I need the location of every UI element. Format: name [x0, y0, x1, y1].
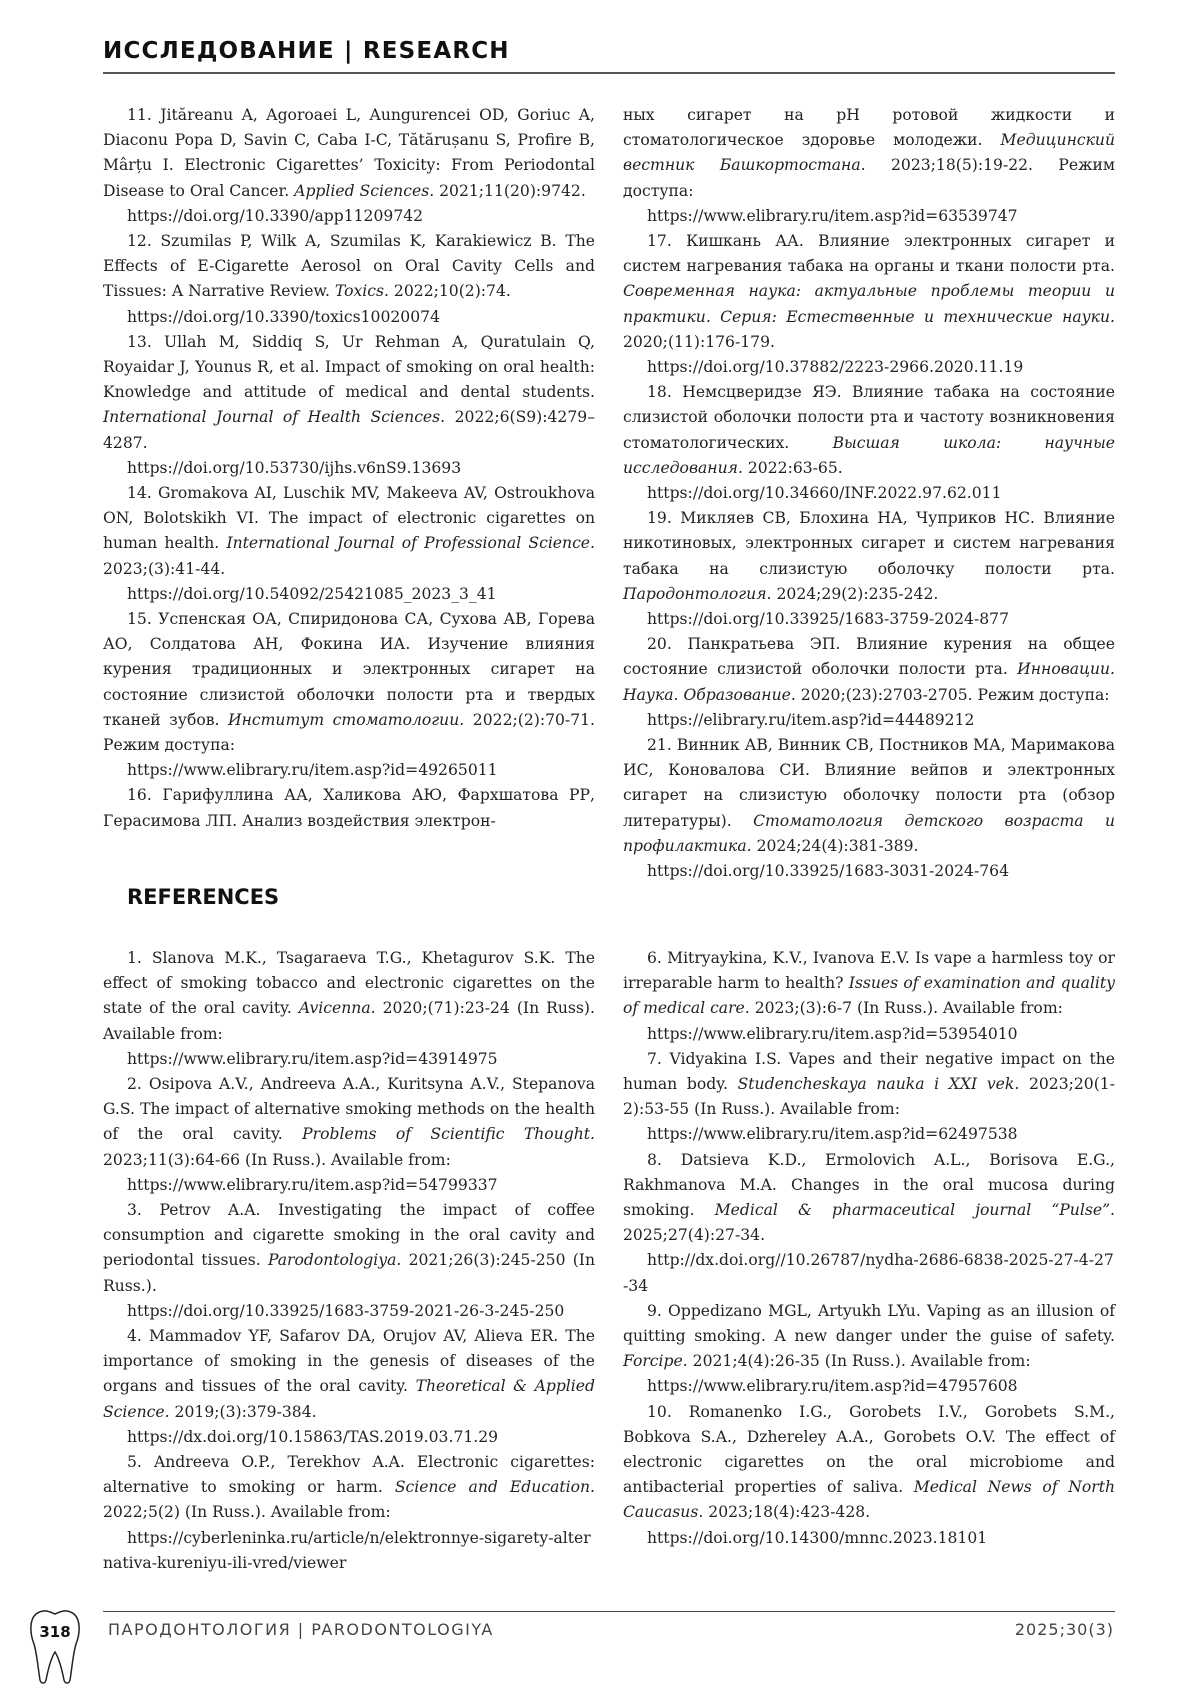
reference-journal: International Journal of Professional Sc… — [226, 534, 595, 552]
reference-journal: Parodontologiya. — [268, 1251, 401, 1269]
reference-link[interactable]: https://www.elibrary.ru/item.asp?id=4926… — [103, 758, 595, 783]
reference-url[interactable]: https://doi.org/10.34660/INF.2022.97.62.… — [647, 484, 1002, 502]
reference-text: 2021;11(20):9742. — [434, 182, 586, 200]
russian-references-right-column: ных сигарет на pH ротовой жидкости и сто… — [623, 103, 1115, 884]
reference-journal: Пародонтология. — [623, 585, 772, 603]
reference-entry: 10. Romanenko I.G., Gorobets I.V., Gorob… — [623, 1400, 1115, 1526]
reference-url[interactable]: https://www.elibrary.ru/item.asp?id=4391… — [127, 1050, 498, 1068]
tooth-icon — [28, 1608, 82, 1686]
reference-link[interactable]: https://doi.org/10.54092/25421085_2023_3… — [103, 582, 595, 607]
reference-url[interactable]: https://www.elibrary.ru/item.asp?id=5395… — [647, 1025, 1018, 1043]
reference-entry: 19. Микляев СВ, Блохина НА, Чуприков НС.… — [623, 506, 1115, 607]
reference-entry: 8. Datsieva K.D., Ermolovich A.L., Boris… — [623, 1148, 1115, 1249]
reference-entry: 4. Mammadov YF, Safarov DA, Orujov AV, A… — [103, 1324, 595, 1425]
reference-url[interactable]: https://doi.org/10.54092/25421085_2023_3… — [127, 585, 497, 603]
references-heading: REFERENCES — [127, 885, 279, 909]
reference-entry: 14. Gromakova AI, Luschik MV, Makeeva AV… — [103, 481, 595, 582]
reference-text: 2023;(3):6-7 (In Russ.). Available from: — [750, 999, 1063, 1017]
russian-references-left-column: 11. Jităreanu A, Agoroaei L, Aungurencei… — [103, 103, 595, 834]
page-number: 318 — [28, 1623, 82, 1641]
reference-link[interactable]: https://cyberleninka.ru/article/n/elektr… — [103, 1526, 595, 1576]
reference-entry: 1. Slanova M.K., Tsagaraeva T.G., Khetag… — [103, 946, 595, 1047]
reference-url[interactable]: https://www.elibrary.ru/item.asp?id=4795… — [647, 1377, 1018, 1395]
reference-link[interactable]: https://www.elibrary.ru/item.asp?id=4795… — [623, 1374, 1115, 1399]
reference-entry: 21. Винник АВ, Винник СВ, Постников МА, … — [623, 733, 1115, 859]
reference-entry: 5. Andreeva O.P., Terekhov A.A. Electron… — [103, 1450, 595, 1526]
reference-text: 2022:63-65. — [743, 459, 843, 477]
reference-entry: 3. Petrov A.A. Investigating the impact … — [103, 1198, 595, 1299]
reference-link[interactable]: https://www.elibrary.ru/item.asp?id=4391… — [103, 1047, 595, 1072]
reference-text: 13. Ullah M, Siddiq S, Ur Rehman A, Qura… — [103, 333, 595, 401]
section-header-title: ИССЛЕДОВАНИЕ | RESEARCH — [103, 38, 510, 64]
reference-entry: 12. Szumilas P, Wilk A, Szumilas K, Kara… — [103, 229, 595, 305]
reference-entry: 15. Успенская ОА, Спиридонова СА, Сухова… — [103, 607, 595, 758]
reference-text: 2025;27(4):27-34. — [623, 1226, 765, 1244]
reference-text: 2024;29(2):235-242. — [772, 585, 939, 603]
reference-url[interactable]: https://www.elibrary.ru/item.asp?id=5479… — [127, 1176, 498, 1194]
reference-url[interactable]: https://www.elibrary.ru/item.asp?id=6249… — [647, 1125, 1018, 1143]
reference-link[interactable]: https://doi.org/10.33925/1683-3759-2021-… — [103, 1299, 595, 1324]
reference-journal: Avicenna. — [299, 999, 376, 1017]
reference-text: 2020;(11):176-179. — [623, 333, 775, 351]
english-references-left-column: 1. Slanova M.K., Tsagaraeva T.G., Khetag… — [103, 946, 595, 1576]
reference-link[interactable]: https://doi.org/10.37882/2223-2966.2020.… — [623, 355, 1115, 380]
reference-url[interactable]: https://cyberleninka.ru/article/n/elektr… — [103, 1529, 591, 1572]
reference-text: 19. Микляев СВ, Блохина НА, Чуприков НС.… — [623, 509, 1115, 577]
reference-link[interactable]: https://dx.doi.org/10.15863/TAS.2019.03.… — [103, 1425, 595, 1450]
reference-text: 2019;(3):379-384. — [170, 1403, 317, 1421]
reference-link[interactable]: https://doi.org/10.33925/1683-3759-2024-… — [623, 607, 1115, 632]
reference-url[interactable]: https://www.elibrary.ru/item.asp?id=6353… — [647, 207, 1018, 225]
reference-entry: 13. Ullah M, Siddiq S, Ur Rehman A, Qura… — [103, 330, 595, 456]
reference-url[interactable]: https://elibrary.ru/item.asp?id=44489212 — [647, 711, 974, 729]
reference-journal: Forcipe. — [623, 1352, 688, 1370]
reference-url[interactable]: https://doi.org/10.33925/1683-3759-2024-… — [647, 610, 1009, 628]
reference-link[interactable]: http://dx.doi.org//10.26787/nydha-2686-6… — [623, 1248, 1115, 1298]
reference-url[interactable]: https://www.elibrary.ru/item.asp?id=4926… — [127, 761, 498, 779]
reference-entry: 20. Панкратьева ЭП. Влияние курения на о… — [623, 632, 1115, 708]
reference-journal: Toxics. — [335, 282, 389, 300]
reference-link[interactable]: https://www.elibrary.ru/item.asp?id=6249… — [623, 1122, 1115, 1147]
reference-journal: Studencheskaya nauka i XXI vek. — [738, 1075, 1020, 1093]
reference-url[interactable]: https://doi.org/10.14300/mnnc.2023.18101 — [647, 1529, 987, 1547]
reference-journal: International Journal of Health Sciences… — [103, 408, 445, 426]
reference-journal: Современная наука: актуальные проблемы т… — [623, 282, 1115, 325]
reference-link[interactable]: https://www.elibrary.ru/item.asp?id=5395… — [623, 1022, 1115, 1047]
reference-journal: Science and Education. — [395, 1478, 595, 1496]
reference-link[interactable]: https://doi.org/10.14300/mnnc.2023.18101 — [623, 1526, 1115, 1551]
footer-divider — [103, 1611, 1115, 1612]
reference-url[interactable]: https://doi.org/10.3390/app11209742 — [127, 207, 423, 225]
reference-text: 9. Oppedizano MGL, Artyukh LYu. Vaping a… — [623, 1302, 1115, 1345]
reference-link[interactable]: https://doi.org/10.33925/1683-3031-2024-… — [623, 859, 1115, 884]
footer-issue: 2025;30(3) — [1015, 1620, 1114, 1639]
reference-link[interactable]: https://doi.org/10.3390/toxics10020074 — [103, 305, 595, 330]
reference-link[interactable]: https://www.elibrary.ru/item.asp?id=5479… — [103, 1173, 595, 1198]
reference-link[interactable]: https://doi.org/10.3390/app11209742 — [103, 204, 595, 229]
reference-entry: 18. Немсцверидзе ЯЭ. Влияние табака на с… — [623, 380, 1115, 481]
reference-journal: Problems of Scientific Thought. — [302, 1125, 595, 1143]
reference-text: 2023;11(3):64-66 (In Russ.). Available f… — [103, 1151, 451, 1169]
reference-journal: Applied Sciences. — [294, 182, 434, 200]
reference-entry: 16. Гарифуллина АА, Халикова АЮ, Фархшат… — [103, 783, 595, 833]
header-divider — [103, 72, 1115, 74]
reference-link[interactable]: https://elibrary.ru/item.asp?id=44489212 — [623, 708, 1115, 733]
reference-text: 2024;24(4):381-389. — [752, 837, 919, 855]
reference-entry: 17. Кишкань АА. Влияние электронных сига… — [623, 229, 1115, 355]
reference-url[interactable]: https://doi.org/10.33925/1683-3031-2024-… — [647, 862, 1009, 880]
english-references-right-column: 6. Mitryaykina, K.V., Ivanova E.V. Is va… — [623, 946, 1115, 1551]
reference-url[interactable]: https://doi.org/10.33925/1683-3759-2021-… — [127, 1302, 564, 1320]
reference-url[interactable]: https://doi.org/10.37882/2223-2966.2020.… — [647, 358, 1023, 376]
reference-text: 2022;5(2) (In Russ.). Available from: — [103, 1503, 391, 1521]
reference-entry: 9. Oppedizano MGL, Artyukh LYu. Vaping a… — [623, 1299, 1115, 1375]
reference-entry: 2. Osipova A.V., Andreeva A.A., Kuritsyn… — [103, 1072, 595, 1173]
reference-url[interactable]: https://doi.org/10.3390/toxics10020074 — [127, 308, 440, 326]
reference-link[interactable]: https://www.elibrary.ru/item.asp?id=6353… — [623, 204, 1115, 229]
reference-entry: 6. Mitryaykina, K.V., Ivanova E.V. Is va… — [623, 946, 1115, 1022]
reference-entry: 7. Vidyakina I.S. Vapes and their negati… — [623, 1047, 1115, 1123]
reference-link[interactable]: https://doi.org/10.53730/ijhs.v6nS9.1369… — [103, 456, 595, 481]
reference-text: 16. Гарифуллина АА, Халикова АЮ, Фархшат… — [103, 786, 595, 829]
reference-entry: 11. Jităreanu A, Agoroaei L, Aungurencei… — [103, 103, 595, 204]
reference-link[interactable]: https://doi.org/10.34660/INF.2022.97.62.… — [623, 481, 1115, 506]
reference-journal: Институт стоматологии. — [228, 711, 464, 729]
reference-text: 2020;(23):2703-2705. Режим доступа: — [796, 686, 1110, 704]
footer-journal-name: ПАРОДОНТОЛОГИЯ | PARODONTOLOGIYA — [108, 1620, 494, 1639]
reference-text: 17. Кишкань АА. Влияние электронных сига… — [623, 232, 1115, 275]
reference-text: 2021;4(4):26-35 (In Russ.). Available fr… — [688, 1352, 1031, 1370]
reference-journal: Medical & pharmaceutical journal “Pulse”… — [715, 1201, 1115, 1219]
reference-text: 2023;(3):41-44. — [103, 560, 225, 578]
reference-entry: ных сигарет на pH ротовой жидкости и сто… — [623, 103, 1115, 204]
reference-text: 2023;18(4):423-428. — [703, 1503, 870, 1521]
reference-url[interactable]: https://dx.doi.org/10.15863/TAS.2019.03.… — [127, 1428, 498, 1446]
reference-url[interactable]: https://doi.org/10.53730/ijhs.v6nS9.1369… — [127, 459, 461, 477]
reference-text: 2022;10(2):74. — [389, 282, 511, 300]
reference-url[interactable]: http://dx.doi.org//10.26787/nydha-2686-6… — [623, 1251, 1114, 1294]
